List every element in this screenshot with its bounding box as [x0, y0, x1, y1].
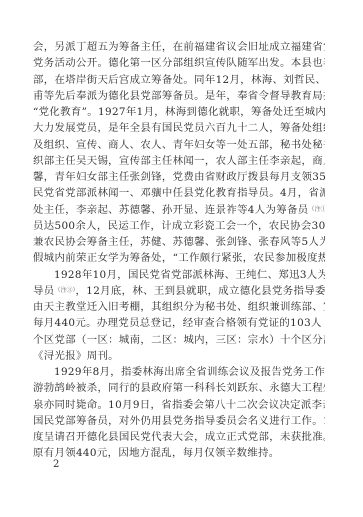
line-text: 处主任，李亲起、苏德馨、孙开显、连景祚等4人为筹备员: [33, 204, 308, 216]
line-text: 大力发展党员，是年全县有国民党员六百九十二人，筹备处组织分为秘书处: [33, 122, 325, 134]
line-text: 由天主教堂迁入旧考棚，其组织分为秘书处、组织兼训练部、宣传部，经费: [33, 301, 325, 313]
line-text: 会，另派丁超五为筹备主任，在前福建省议会旧址成立福建省党部筹备处，: [33, 41, 325, 53]
text-line: 《浔光报》周刊。: [33, 348, 325, 364]
text-line: 个区党部（一区：城南，二区：城内，三区：宗水）十个区分部，同时出版: [33, 332, 325, 348]
line-text: 《浔光报》周刊。: [33, 350, 119, 362]
line-text: 1929年8月，指委林海出席全省训练会议及报告党务工作赴省，途经仙: [54, 366, 325, 378]
line-text-continued: ，12月底，林、王到县就职，成立德化县党务指导委员会，会址: [76, 285, 326, 297]
line-text: 游勃鸪岭被杀，同行的县政府第一科科长刘跃东、永德大工程处工程师林惠: [33, 382, 325, 394]
text-line: 泉亦同时毙命。10月9日，省指委会第八十二次会议决定派李亲起为德化县: [33, 397, 325, 413]
text-line: 馨，青年妇女部主任张剑锋，党费由省财政厅拨县每月支领350元。同月，国: [33, 169, 325, 185]
footnote-marker: （注④）: [322, 319, 325, 326]
line-text: 兼农民协会筹备主任，苏健、苏德馨、张剑锋、张春风等5人为筹备员: [33, 236, 325, 248]
text-line: 兼农民协会筹备主任，苏健、苏德馨、张剑锋、张春风等5人为筹备员（注②），: [33, 234, 325, 250]
footnote-marker: （注①）: [308, 206, 325, 213]
line-text: 部，在塔岸街天后宫成立筹备处。同年12月，林海、刘哲民、曾天民、苏官: [33, 74, 325, 86]
line-text: 党务活动公开。德化第一区分部组织宣传队随军出发。本县也奉令筹备县党: [33, 57, 325, 69]
line-text: 甫等先后奉派为德化县党部筹备员。是年，奉省令督导教育局推行国民党的: [33, 90, 325, 102]
line-text: 国民党部筹备员，对外仍用县党务指导委员会名义进行工作。11月间，曾一: [33, 415, 325, 427]
line-text: 原有月领440元，因地方混乱，每月仅领辛数维持。: [33, 447, 279, 459]
line-text: 每月440元。办理党员总登记，经审查合格领有党证的103人: [33, 317, 322, 329]
text-line: 原有月领440元，因地方混乱，每月仅领辛数维持。: [33, 445, 325, 461]
text-line: 织部主任吴天锡，宣传部主任林闻一，农人部主任李亲起，商人部主任苏德: [33, 153, 325, 169]
footnote-marker: （注③）: [54, 287, 75, 294]
line-text: 个区党部（一区：城南，二区：城内，三区：宗水）十个区分部，同时出版: [33, 334, 325, 346]
line-text: 度呈请召开德化县国民党代表大会，成立正式党部，未获批准。指委会经费，: [33, 431, 325, 443]
text-line: 及组织、宣传、商人、农人、青年妇女等一处五部，秘书处秘书孙贵榆，组: [33, 137, 325, 153]
line-text: 泉亦同时毙命。10月9日，省指委会第八十二次会议决定派李亲起为德化县: [33, 399, 325, 411]
line-text: 导员: [33, 285, 54, 297]
text-line: 大力发展党员，是年全县有国民党员六百九十二人，筹备处组织分为秘书处: [33, 120, 325, 136]
text-line: 国民党部筹备员，对外仍用县党务指导委员会名义进行工作。11月间，曾一: [33, 413, 325, 429]
text-line: 甫等先后奉派为德化县党部筹备员。是年，奉省令督导教育局推行国民党的: [33, 88, 325, 104]
line-text: 1928年10月，国民党省党部派林海、王纯仁、郑迅3人为德化县党务指: [54, 269, 325, 281]
text-line: 1929年8月，指委林海出席全省训练会议及报告党务工作赴省，途经仙: [33, 364, 325, 380]
text-line: 会，另派丁超五为筹备主任，在前福建省议会旧址成立福建省党部筹备处，: [33, 39, 325, 55]
line-text: 假城内前荣正女学为筹备处，“工作颇行紧张，农民参加极度热烈”。: [33, 252, 325, 264]
text-line: 1928年10月，国民党省党部派林海、王纯仁、郑迅3人为德化县党务指: [33, 267, 325, 283]
text-line: 度呈请召开德化县国民党代表大会，成立正式党部，未获批准。指委会经费，: [33, 429, 325, 445]
text-line: 处主任，李亲起、苏德馨、孙开显、连景祚等4人为筹备员（注①），登记党: [33, 202, 325, 218]
line-text: 及组织、宣传、商人、农人、青年妇女等一处五部，秘书处秘书孙贵榆，组: [33, 139, 325, 151]
page-number: 2: [53, 459, 59, 470]
text-line: 员达500余人，民运工作，计成立彩瓷工会一个，农民协会30多个，李亲起: [33, 218, 325, 234]
line-text: 织部主任吴天锡，宣传部主任林闻一，农人部主任李亲起，商人部主任苏德: [33, 155, 325, 167]
line-text: 馨，青年妇女部主任张剑锋，党费由省财政厅拨县每月支领350元。同月，国: [33, 171, 325, 183]
text-line: “党化教育”。1927年1月，林海到德化就职，筹备处迁至城内天主教堂，: [33, 104, 325, 120]
text-line: 假城内前荣正女学为筹备处，“工作颇行紧张，农民参加极度热烈”。: [33, 250, 325, 266]
text-line: 由天主教堂迁入旧考棚，其组织分为秘书处、组织兼训练部、宣传部，经费: [33, 299, 325, 315]
text-line: 游勃鸪岭被杀，同行的县政府第一科科长刘跃东、永德大工程处工程师林惠: [33, 380, 325, 396]
text-line: 部，在塔岸街天后宫成立筹备处。同年12月，林海、刘哲民、曾天民、苏官: [33, 72, 325, 88]
line-text: 民党省党部派林闻一、邓骧中任县党化教育指导员。4月，省派林海为筹备: [33, 187, 325, 199]
body-text: 会，另派丁超五为筹备主任，在前福建省议会旧址成立福建省党部筹备处，党务活动公开。…: [33, 39, 325, 462]
text-line: 党务活动公开。德化第一区分部组织宣传队随军出发。本县也奉令筹备县党: [33, 55, 325, 71]
text-line: 民党省党部派林闻一、邓骧中任县党化教育指导员。4月，省派林海为筹备: [33, 185, 325, 201]
text-line: 每月440元。办理党员总登记，经审查合格领有党证的103人（注④），分为三: [33, 315, 325, 331]
line-text: 员达500余人，民运工作，计成立彩瓷工会一个，农民协会30多个，李亲起: [33, 220, 325, 232]
text-line: 导员（注③），12月底，林、王到县就职，成立德化县党务指导委员会，会址: [33, 283, 325, 299]
line-text: “党化教育”。1927年1月，林海到德化就职，筹备处迁至城内天主教堂，: [33, 106, 325, 118]
document-page: 会，另派丁超五为筹备主任，在前福建省议会旧址成立福建省党部筹备处，党务活动公开。…: [0, 0, 363, 517]
